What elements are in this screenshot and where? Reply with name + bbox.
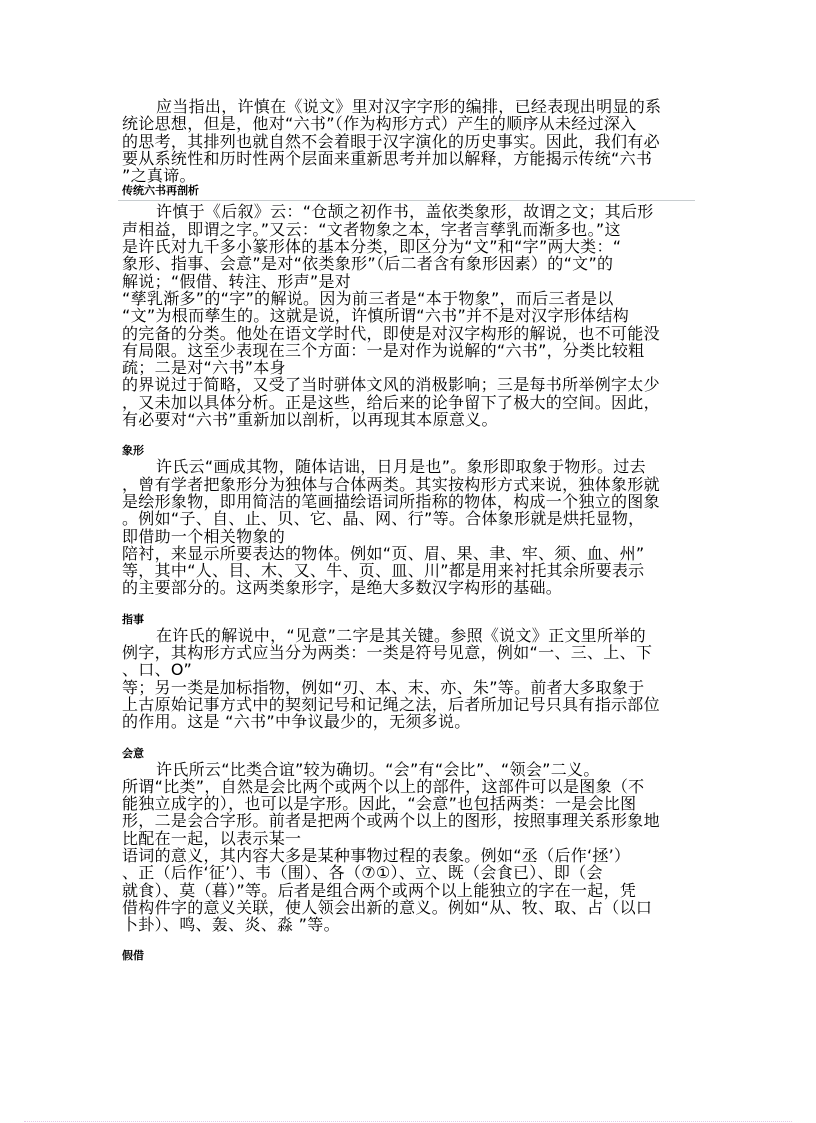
page-bottom-border [24, 1121, 792, 1122]
main-paragraph: 许慎于《后叙》云：“仓颉之初作书，盖依类象形，故谓之文；其后形 声相益，即谓之字… [122, 203, 697, 428]
text-line: 许氏所云“比类合谊”较为确切。“会”有“会比”、“领会”二义。 [122, 761, 697, 778]
text-line: 应当指出，许慎在《说文》里对汉字字形的编排，已经表现出明显的系 [122, 98, 697, 115]
text-line: 许氏云“画成其物，随体诘诎，日月是也”。象形即取象于物形。过去 [122, 458, 697, 475]
text-line: 卜卦）、鸣、轰、炎、淼 ”等。 [122, 916, 697, 933]
text-line: 许慎于《后叙》云：“仓颉之初作书，盖依类象形，故谓之文；其后形 [122, 203, 697, 220]
text-line: 例字，其构形方式应当分为两类：一类是符号见意，例如“一、三、上、下 [122, 644, 697, 661]
spacer [122, 933, 697, 949]
spacer [122, 597, 697, 613]
text-line: 形，二是会合字形。前者是把两个或两个以上的图形，按照事理关系形象地 [122, 812, 697, 829]
text-line: 要从系统性和历时性两个层面来重新思考并加以解释，方能揭示传统“六书 [122, 150, 697, 167]
text-line: 的作用。这是 “六书”中争议最少的，无须多说。 [122, 713, 697, 730]
intro-paragraph: 应当指出，许慎在《说文》里对汉字字形的编排，已经表现出明显的系 统论思想，但是，… [122, 98, 697, 184]
huiyi-paragraph: 许氏所云“比类合谊”较为确切。“会”有“会比”、“领会”二义。 所谓“比类”，自… [122, 761, 697, 934]
text-line: 即借助一个相关物象的 [122, 528, 697, 545]
text-line: 的界说过于简略，又受了当时骈体文风的消极影响；三是每书所举例字太少 [122, 376, 697, 393]
text-line: 疏；二是对“六书”本身 [122, 359, 697, 376]
text-line: 在许氏的解说中，“见意”二字是其关键。参照《说文》正文里所举的 [122, 627, 697, 644]
text-line: 就食）、莫（暮）”等。后者是组合两个或两个以上能独立的字在一起，凭 [122, 882, 697, 899]
spacer [122, 731, 697, 747]
text-line: 的完备的分类。他处在语文学时代，即使是对汉字构形的解说，也不可能没 [122, 325, 697, 342]
text-line: 是许氏对九千多小篆形体的基本分类，即区分为“文”和“字”两大类：“ [122, 238, 697, 255]
text-line: 象形、指事、会意”是对“依类象形”（后二者含有象形因素）的“文”的 [122, 255, 697, 272]
text-line: 。例如“子、自、止、贝、它、晶、网、行”等。合体象形就是烘托显物， [122, 510, 697, 527]
text-line: 比配在一起，以表示某一 [122, 830, 697, 847]
text-line: “文”为根而孳生的。这就是说，许慎所谓“六书”并不是对汉字形体结构 [122, 307, 697, 324]
text-line: 等，其中“人、目、木、又、牛、页、皿、川”都是用来衬托其余所要表示 [122, 562, 697, 579]
text-line: ，又未加以具体分析。正是这些，给后来的论争留下了极大的空间。因此， [122, 394, 697, 411]
text-line: 、正（后作‘征’）、韦（围）、各（⑦①）、立、既（会食已）、即（会 [122, 864, 697, 881]
section-divider [118, 200, 695, 201]
text-line: 解说；“假借、转注、形声”是对 [122, 273, 697, 290]
section-heading-xiangxing: 象形 [122, 444, 697, 458]
text-line: 是绘形象物，即用简洁的笔画描绘语词所指称的物体，构成一个独立的图象 [122, 493, 697, 510]
text-line: ”之真谛。 [122, 167, 697, 184]
text-line: 的主要部分的。这两类象形字，是绝大多数汉字构形的基础。 [122, 579, 697, 596]
text-line: 陪衬，来显示所要表达的物体。例如“页、眉、果、聿、牢、须、血、州” [122, 545, 697, 562]
spacer [122, 428, 697, 444]
text-line: 上古原始记事方式中的契刻记号和记绳之法，后者所加记号只具有指示部位 [122, 696, 697, 713]
section-heading-huiyi: 会意 [122, 747, 697, 761]
text-line: 等；另一类是加标指物，例如“刃、本、末、亦、朱”等。前者大多取象于 [122, 679, 697, 696]
document-page: 应当指出，许慎在《说文》里对汉字字形的编排，已经表现出明显的系 统论思想，但是，… [122, 98, 697, 963]
text-line: 有必要对“六书”重新加以剖析，以再现其本原意义。 [122, 411, 697, 428]
text-line: 的思考，其排列也就自然不会着眼于汉字演化的历史事实。因此，我们有必 [122, 133, 697, 150]
text-line: 统论思想，但是，他对“六书”（作为构形方式）产生的顺序从未经过深入 [122, 115, 697, 132]
text-line: 所谓“比类”，自然是会比两个或两个以上的部件，这部件可以是图象（不 [122, 778, 697, 795]
text-line: 能独立成字的），也可以是字形。因此，“会意”也包括两类：一是会比图 [122, 795, 697, 812]
text-line: ，曾有学者把象形分为独体与合体两类。其实按构形方式来说，独体象形就 [122, 476, 697, 493]
text-line: 声相益，即谓之字。”又云：“文者物象之本，字者言孳乳而渐多也。”这 [122, 221, 697, 238]
section-heading-zhishi: 指事 [122, 613, 697, 627]
text-line: 、口、O” [122, 661, 697, 678]
text-line: “孳乳渐多”的“字”的解说。因为前三者是“本于物象”，而后三者是以 [122, 290, 697, 307]
section-heading-main: 传统六书再剖析 [122, 184, 697, 198]
xiangxing-paragraph: 许氏云“画成其物，随体诘诎，日月是也”。象形即取象于物形。过去 ，曾有学者把象形… [122, 458, 697, 596]
zhishi-paragraph: 在许氏的解说中，“见意”二字是其关键。参照《说文》正文里所举的 例字，其构形方式… [122, 627, 697, 731]
text-line: 有局限。这至少表现在三个方面：一是对作为说解的“六书”，分类比较粗 [122, 342, 697, 359]
section-heading-jiajie: 假借 [122, 949, 697, 963]
text-line: 语词的意义，其内容大多是某种事物过程的表象。例如“丞（后作‘拯’） [122, 847, 697, 864]
text-line: 借构件字的意义关联，使人领会出新的意义。例如“从、牧、取、占（以口 [122, 899, 697, 916]
